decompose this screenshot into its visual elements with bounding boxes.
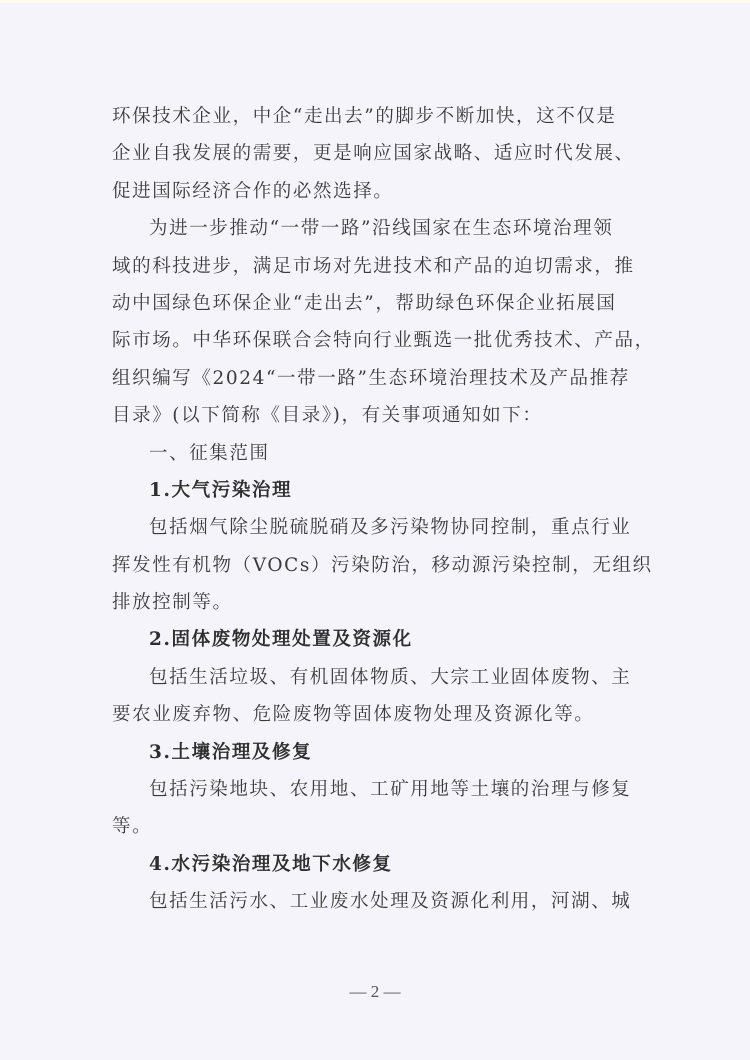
- page-number: — 2 —: [0, 982, 750, 1002]
- document-page: 环保技术企业，中企“走出去”的脚步不断加快，这不仅是 企业自我发展的需要，更是响…: [112, 98, 632, 921]
- body-line: 排放控制等。: [112, 584, 632, 621]
- subheading-soil-remediation: 3.土壤治理及修复: [112, 734, 632, 771]
- body-line: 组织编写《2024“一带一路”生态环境治理技术及产品推荐: [112, 360, 632, 397]
- subheading-water-pollution: 4.水污染治理及地下水修复: [112, 846, 632, 883]
- body-line: 挥发性有机物（VOCs）污染防治，移动源污染控制，无组织: [112, 547, 632, 584]
- body-line: 企业自我发展的需要，更是响应国家战略、适应时代发展、: [112, 135, 632, 172]
- paragraph-start: 包括烟气除尘脱硫脱硝及多污染物协同控制，重点行业: [112, 509, 632, 546]
- page-top-edge: [0, 0, 750, 3]
- body-line: 环保技术企业，中企“走出去”的脚步不断加快，这不仅是: [112, 98, 632, 135]
- paragraph-start: 包括污染地块、农用地、工矿用地等土壤的治理与修复: [112, 771, 632, 808]
- body-line: 等。: [112, 808, 632, 845]
- body-line: 目录》(以下简称《目录》)，有关事项通知如下：: [112, 397, 632, 434]
- subheading-solid-waste: 2.固体废物处理处置及资源化: [112, 621, 632, 658]
- body-line: 要农业废弃物、危险废物等固体废物处理及资源化等。: [112, 696, 632, 733]
- paragraph-start: 包括生活垃圾、有机固体物质、大宗工业固体废物、主: [112, 659, 632, 696]
- body-line: 动中国绿色环保企业“走出去”，帮助绿色环保企业拓展国: [112, 285, 632, 322]
- body-line: 际市场。中华环保联合会特向行业甄选一批优秀技术、产品，: [112, 322, 632, 359]
- body-line: 域的科技进步，满足市场对先进技术和产品的迫切需求，推: [112, 248, 632, 285]
- section-heading-collection-scope: 一、征集范围: [112, 435, 632, 472]
- paragraph-start: 包括生活污水、工业废水处理及资源化利用，河湖、城: [112, 883, 632, 920]
- paragraph-start: 为进一步推动“一带一路”沿线国家在生态环境治理领: [112, 210, 632, 247]
- subheading-air-pollution: 1.大气污染治理: [112, 472, 632, 509]
- body-line: 促进国际经济合作的必然选择。: [112, 173, 632, 210]
